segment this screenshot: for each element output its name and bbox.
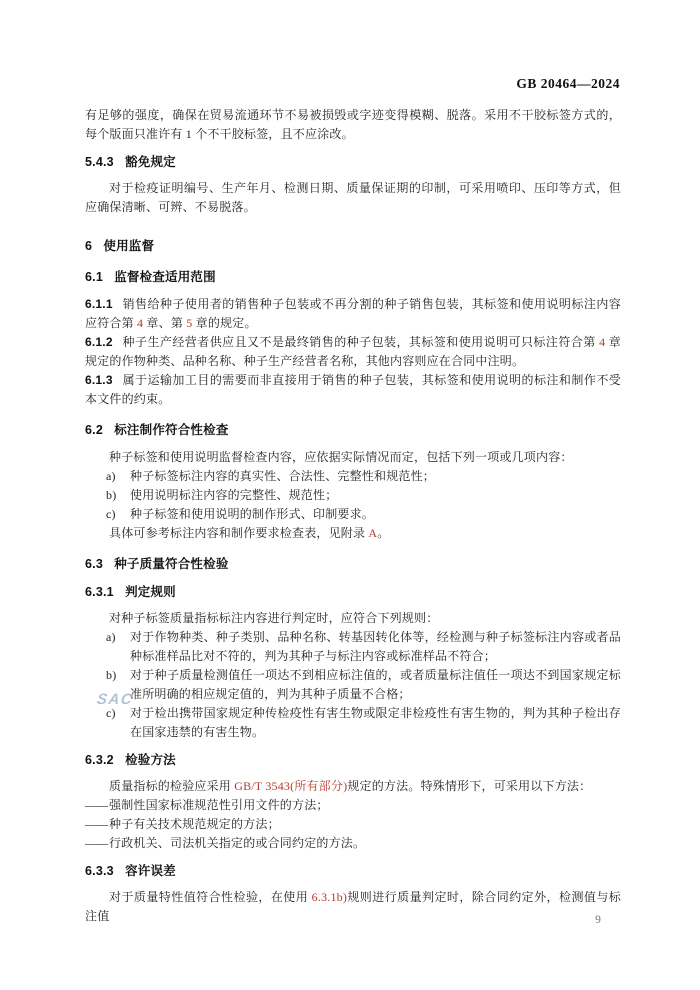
cross-reference-gbt-3543[interactable]: GB/T 3543(所有部分) (234, 779, 347, 793)
dash-text: 种子有关技术规范规定的方法； (109, 817, 280, 831)
heading-number: 6.3 (85, 557, 103, 571)
heading-number: 6.3.3 (85, 864, 114, 878)
heading-6-3-3: 6.3.3容许误差 (85, 862, 621, 881)
heading-title: 检验方法 (125, 753, 176, 767)
list-marker: c) (106, 505, 116, 524)
clause-text: 章的规定。 (192, 316, 256, 330)
cross-reference-annex-a[interactable]: A (368, 526, 377, 540)
cross-reference-6-3-1b[interactable]: 6.3.1b) (312, 890, 347, 904)
list-text: 对于种子质量检测值任一项达不到相应标注值的，或者质量标注值任一项达不到国家规定标… (130, 668, 621, 701)
clause-number: 6.1.3 (85, 373, 113, 387)
paragraph-text: 对于质量特性值符合性检验，在使用 (109, 890, 312, 904)
heading-title: 种子质量符合性检验 (114, 557, 228, 571)
list-text: 对于作物种类、种子类别、品种名称、转基因转化体等，经检测与种子标签标注内容或者品… (130, 630, 621, 663)
heading-title: 标注制作符合性检查 (114, 423, 228, 437)
heading-number: 5.4.3 (85, 155, 114, 169)
heading-number: 6.3.2 (85, 753, 114, 767)
paragraph-6-3-3-intro: 对于质量特性值符合性检验，在使用 6.3.1b)规则进行质量判定时，除合同约定外… (85, 888, 621, 926)
dash-item: ——行政机关、司法机关指定的或合同约定的方法。 (85, 834, 621, 853)
dash-marker: —— (85, 836, 107, 850)
list-text: 种子标签和使用说明的制作形式、印制要求。 (130, 507, 374, 521)
heading-5-4-3: 5.4.3豁免规定 (85, 153, 621, 172)
clause-text: 种子生产经营者供应且又不是最终销售的种子包装，其标签和使用说明可只标注符合第 (122, 335, 599, 349)
heading-6-3-1: 6.3.1判定规则 (85, 583, 621, 602)
clause-6-1-3: 6.1.3属于运输加工目的需要而非直接用于销售的种子包装，其标签和使用说明的标注… (85, 371, 621, 409)
standard-document-page: GB 20464—2024 有足够的强度，确保在贸易流通环节不易被损毁或字迹变得… (0, 0, 700, 990)
list-marker: a) (106, 628, 116, 647)
clause-6-1-2: 6.1.2种子生产经营者供应且又不是最终销售的种子包装，其标签和使用说明可只标注… (85, 333, 621, 371)
page-number: 9 (590, 914, 606, 926)
heading-6: 6使用监督 (85, 237, 621, 256)
paragraph-text: 具体可参考标注内容和制作要求检查表，见附录 (109, 526, 368, 540)
list-text: 使用说明标注内容的完整性、规范性； (130, 488, 337, 502)
list-marker: b) (106, 486, 116, 505)
paragraph-6-3-1-intro: 对种子标签质量指标标注内容进行判定时，应符合下列规则： (85, 609, 621, 628)
sac-watermark: SAC (96, 691, 135, 708)
clause-number: 6.1.2 (85, 335, 113, 349)
heading-title: 判定规则 (125, 585, 176, 599)
dash-text: 行政机关、司法机关指定的或合同约定的方法。 (109, 836, 365, 850)
clause-6-1-1: 6.1.1销售给种子使用者的销售种子包装或不再分割的种子销售包装，其标签和使用说… (85, 295, 621, 333)
paragraph-text: 质量指标的检验应采用 (109, 779, 234, 793)
heading-title: 监督检查适用范围 (114, 270, 216, 284)
dash-item: ——强制性国家标准规范性引用文件的方法； (85, 796, 621, 815)
heading-6-3: 6.3种子质量符合性检验 (85, 555, 621, 574)
list-item-c: c)对于检出携带国家规定种传检疫性有害生物或限定非检疫性有害生物的，判为其种子检… (85, 704, 621, 742)
heading-6-2: 6.2标注制作符合性检查 (85, 421, 621, 440)
list-item-c: c)种子标签和使用说明的制作形式、印制要求。 (85, 505, 621, 524)
heading-number: 6.2 (85, 423, 103, 437)
paragraph-6-3-2-intro: 质量指标的检验应采用 GB/T 3543(所有部分)规定的方法。特殊情形下，可采… (85, 777, 621, 796)
list-item-a: a)种子标签标注内容的真实性、合法性、完整性和规范性； (85, 467, 621, 486)
list-text: 对于检出携带国家规定种传检疫性有害生物或限定非检疫性有害生物的，判为其种子检出存… (130, 706, 621, 739)
list-item-b: b)对于种子质量检测值任一项达不到相应标注值的，或者质量标注值任一项达不到国家规… (85, 666, 621, 704)
dash-marker: —— (85, 817, 107, 831)
paragraph-5-4-3: 对于检疫证明编号、生产年月、检测日期、质量保证期的印制，可采用喷印、压印等方式，… (85, 179, 621, 217)
list-item-a: a)对于作物种类、种子类别、品种名称、转基因转化体等，经检测与种子标签标注内容或… (85, 628, 621, 666)
dash-item: ——种子有关技术规范规定的方法； (85, 815, 621, 834)
standard-code-header: GB 20464—2024 (516, 76, 620, 92)
list-marker: a) (106, 467, 116, 486)
heading-title: 使用监督 (103, 239, 154, 253)
heading-number: 6 (85, 239, 92, 253)
heading-title: 豁免规定 (125, 155, 176, 169)
paragraph-annex-reference: 具体可参考标注内容和制作要求检查表，见附录 A。 (85, 524, 621, 543)
heading-number: 6.3.1 (85, 585, 114, 599)
paragraph-text: 规定的方法。特殊情形下，可采用以下方法： (347, 779, 591, 793)
clause-number: 6.1.1 (85, 297, 113, 311)
clause-text: 属于运输加工目的需要而非直接用于销售的种子包装，其标签和使用说明的标注和制作不受… (85, 373, 621, 406)
paragraph-continuation: 有足够的强度，确保在贸易流通环节不易被损毁或字迹变得模糊、脱落。采用不干胶标签方… (85, 106, 621, 144)
document-body: 有足够的强度，确保在贸易流通环节不易被损毁或字迹变得模糊、脱落。采用不干胶标签方… (85, 106, 621, 926)
dash-marker: —— (85, 798, 107, 812)
list-text: 种子标签标注内容的真实性、合法性、完整性和规范性； (130, 469, 435, 483)
dash-text: 强制性国家标准规范性引用文件的方法； (109, 798, 329, 812)
heading-title: 容许误差 (125, 864, 176, 878)
list-item-b: b)使用说明标注内容的完整性、规范性； (85, 486, 621, 505)
paragraph-text: 。 (377, 526, 389, 540)
paragraph-6-2-intro: 种子标签和使用说明监督检查内容，应依据实际情况而定，包括下列一项或几项内容： (85, 448, 621, 467)
clause-text: 章、第 (143, 316, 186, 330)
list-marker: b) (106, 666, 116, 685)
heading-number: 6.1 (85, 270, 103, 284)
heading-6-3-2: 6.3.2检验方法 (85, 751, 621, 770)
heading-6-1: 6.1监督检查适用范围 (85, 268, 621, 287)
